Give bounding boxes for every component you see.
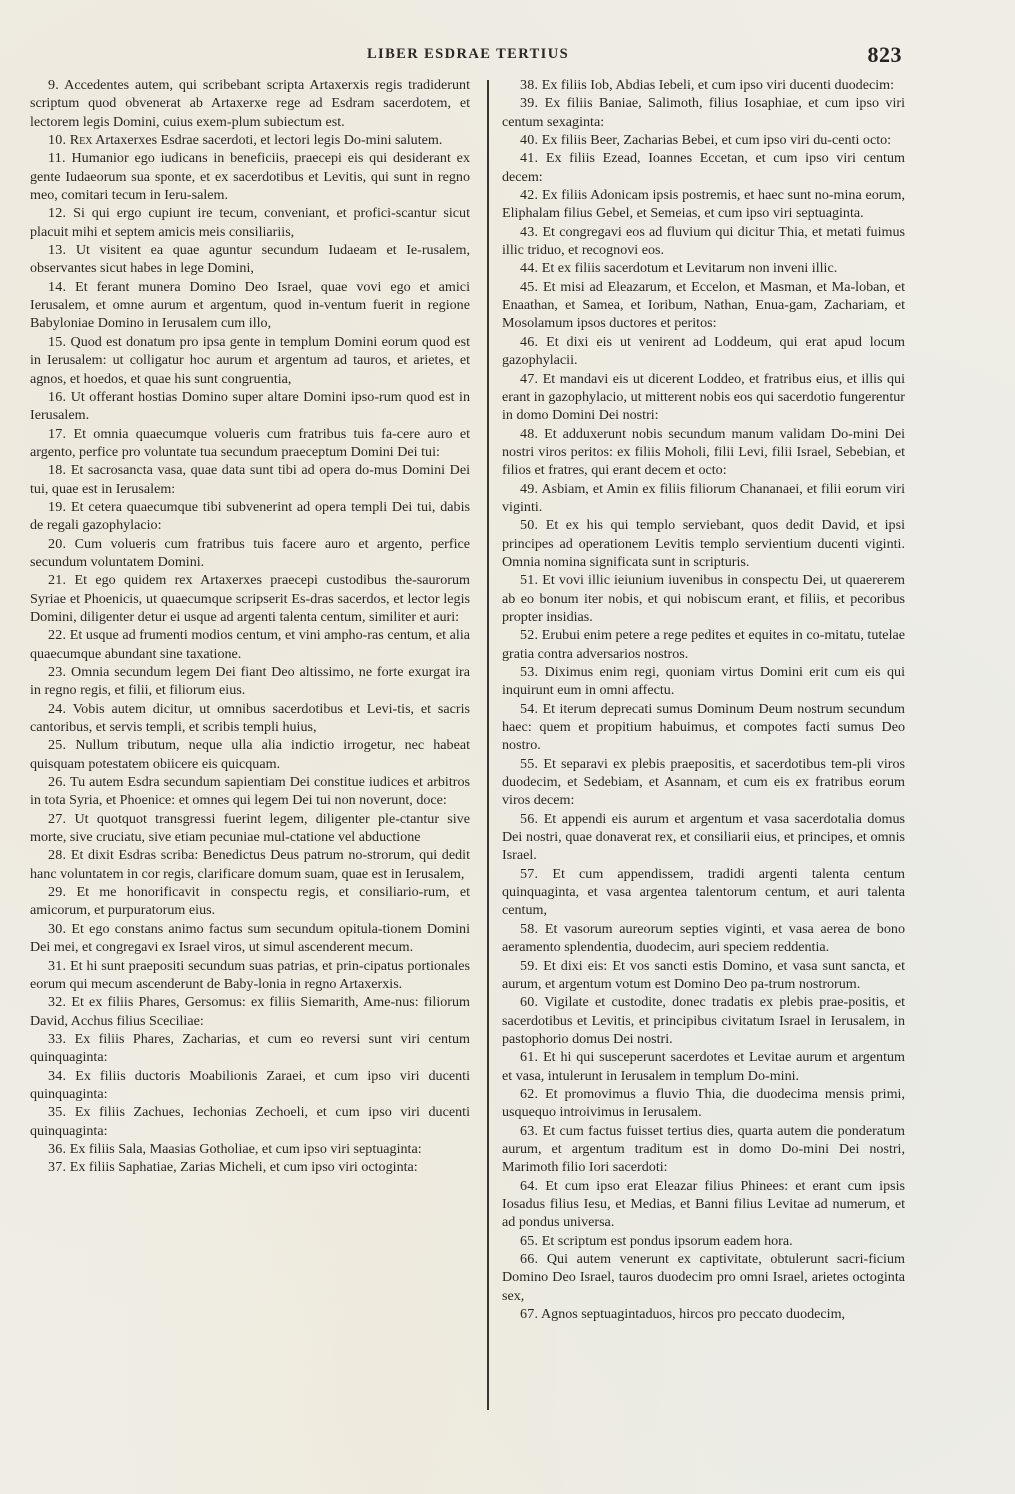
verse-text: Et iterum deprecati sumus Dominum Deum n…: [502, 701, 905, 754]
verse-number: 28.: [48, 847, 66, 863]
verse: 59. Et dixi eis: Et vos sancti estis Dom…: [502, 957, 905, 994]
verse-text: Ut visitent ea quae aguntur secundum Iud…: [30, 242, 470, 276]
verse-text: Et ex filiis sacerdotum et Levitarum non…: [542, 260, 838, 276]
verse-number: 54.: [520, 701, 538, 717]
verse-number: 52.: [520, 627, 538, 643]
verse: 53. Diximus enim regi, quoniam virtus Do…: [502, 663, 905, 700]
verse-text: Et vovi illic ieiunium iuvenibus in cons…: [502, 572, 905, 625]
verse: 26. Tu autem Esdra secundum sapientiam D…: [30, 773, 470, 810]
verse: 56. Et appendi eis aurum et argentum et …: [502, 810, 905, 865]
verse: 47. Et mandavi eis ut dicerent Loddeo, e…: [502, 370, 905, 425]
verse-number: 66.: [520, 1251, 538, 1267]
verse-text: Qui autem venerunt ex captivitate, obtul…: [502, 1251, 905, 1304]
verse: 66. Qui autem venerunt ex captivitate, o…: [502, 1250, 905, 1305]
verse: 33. Ex filiis Phares, Zacharias, et cum …: [30, 1030, 470, 1067]
verse-number: 58.: [520, 921, 538, 937]
verse-number: 22.: [48, 627, 66, 643]
verse-text: Et mandavi eis ut dicerent Loddeo, et fr…: [502, 371, 905, 424]
verse-text: Et dixi eis ut venirent ad Loddeum, qui …: [502, 334, 905, 368]
verse: 63. Et cum factus fuisset tertius dies, …: [502, 1122, 905, 1177]
verse: 64. Et cum ipso erat Eleazar filius Phin…: [502, 1177, 905, 1232]
verse-number: 32.: [48, 994, 66, 1010]
verse: 49. Asbiam, et Amin ex filiis filiorum C…: [502, 480, 905, 517]
verse-number: 33.: [48, 1031, 66, 1047]
verse: 30. Et ego constans animo factus sum sec…: [30, 920, 470, 957]
verse-text: Omnia secundum legem Dei fiant Deo altis…: [30, 664, 470, 698]
verse: 54. Et iterum deprecati sumus Dominum De…: [502, 700, 905, 755]
verse: 37. Ex filiis Saphatiae, Zarias Micheli,…: [30, 1158, 470, 1176]
verse-text: Ex filiis ductoris Moabilionis Zaraei, e…: [30, 1068, 470, 1102]
verse-number: 48.: [520, 426, 538, 442]
verse-number: 67.: [520, 1306, 538, 1322]
verse-text: Et cum appendissem, tradidi argenti tale…: [502, 866, 905, 919]
left-column: 9. Accedentes autem, qui scribebant scri…: [30, 76, 470, 1177]
verse: 62. Et promovimus a fluvio Thia, die duo…: [502, 1085, 905, 1122]
verse-text: Vobis autem dicitur, ut omnibus sacerdot…: [30, 701, 470, 735]
verse-text: Cum volueris cum fratribus tuis facere a…: [30, 536, 470, 570]
verse-text: Ex filiis Sala, Maasias Gotholiae, et cu…: [70, 1141, 422, 1157]
verse-number: 51.: [520, 572, 538, 588]
verse: 11. Humanior ego iudicans in beneficiis,…: [30, 149, 470, 204]
verse-text: Si qui ergo cupiunt ire tecum, convenian…: [30, 205, 470, 239]
verse: 60. Vigilate et custodite, donec tradati…: [502, 993, 905, 1048]
verse: 36. Ex filiis Sala, Maasias Gotholiae, e…: [30, 1140, 470, 1158]
verse-number: 15.: [48, 334, 66, 350]
verse-number: 61.: [520, 1049, 538, 1065]
verse-number: 17.: [48, 426, 66, 442]
verse-number: 60.: [520, 994, 538, 1010]
verse: 38. Ex filiis Iob, Abdias Iebeli, et cum…: [502, 76, 905, 94]
verse: 39. Ex filiis Baniae, Salimoth, filius I…: [502, 94, 905, 131]
running-title: LIBER ESDRAE TERTIUS: [28, 46, 908, 63]
verse-text: Et congregavi eos ad fluvium qui dicitur…: [502, 224, 905, 258]
verse: 35. Ex filiis Zachues, Iechonias Zechoel…: [30, 1103, 470, 1140]
verse-number: 59.: [520, 958, 538, 974]
verse-number: 26.: [48, 774, 66, 790]
verse: 23. Omnia secundum legem Dei fiant Deo a…: [30, 663, 470, 700]
verse-text: Et dixit Esdras scriba: Benedictus Deus …: [30, 847, 470, 881]
verse-number: 49.: [520, 481, 538, 497]
verse-number: 37.: [48, 1159, 66, 1175]
verse-number: 50.: [520, 517, 538, 533]
right-column: 38. Ex filiis Iob, Abdias Iebeli, et cum…: [502, 76, 905, 1323]
verse-number: 62.: [520, 1086, 538, 1102]
verse-text: Artaxerxes Esdrae sacerdoti, et lectori …: [95, 132, 442, 148]
verse: 61. Et hi qui susceperunt sacerdotes et …: [502, 1048, 905, 1085]
verse-text: Quod est donatum pro ipsa gente in templ…: [30, 334, 470, 387]
verse: 46. Et dixi eis ut venirent ad Loddeum, …: [502, 333, 905, 370]
verse-text: Agnos septuagintaduos, hircos pro peccat…: [541, 1306, 845, 1322]
verse-text: Et separavi ex plebis praepositis, et sa…: [502, 756, 905, 809]
verse-text: Diximus enim regi, quoniam virtus Domini…: [502, 664, 905, 698]
verse-text: Et vasorum aureorum septies viginti, et …: [502, 921, 905, 955]
verse: 32. Et ex filiis Phares, Gersomus: ex fi…: [30, 993, 470, 1030]
verse-text: Et ferant munera Domino Deo Israel, quae…: [30, 279, 470, 332]
verse-text: Ex filiis Iob, Abdias Iebeli, et cum ips…: [542, 77, 894, 93]
verse-number: 42.: [520, 187, 538, 203]
verse: 16. Ut offerant hostias Domino super alt…: [30, 388, 470, 425]
verse-text: Ex filiis Zachues, Iechonias Zechoeli, e…: [30, 1104, 470, 1138]
verse: 25. Nullum tributum, neque ulla alia ind…: [30, 736, 470, 773]
verse-number: 39.: [520, 95, 538, 111]
verse-text: Ex filiis Adonicam ipsis postremis, et h…: [502, 187, 905, 221]
verse-text: Vigilate et custodite, donec tradatis ex…: [502, 994, 905, 1047]
verse-number: 53.: [520, 664, 538, 680]
verse-number: 24.: [48, 701, 66, 717]
verse: 55. Et separavi ex plebis praepositis, e…: [502, 755, 905, 810]
verse-number: 30.: [48, 921, 66, 937]
verse-text: Et ego constans animo factus sum secundu…: [30, 921, 470, 955]
verse-text: Ut quotquot transgressi fuerint legem, d…: [30, 811, 470, 845]
running-head: LIBER ESDRAE TERTIUS 823: [28, 44, 908, 68]
verse-text: Accedentes autem, qui scribebant scripta…: [30, 77, 470, 130]
verse-text: Et scriptum est pondus ipsorum eadem hor…: [542, 1233, 793, 1249]
verse-number: 47.: [520, 371, 538, 387]
verse-number: 13.: [48, 242, 66, 258]
verse: 14. Et ferant munera Domino Deo Israel, …: [30, 278, 470, 333]
verse-number: 38.: [520, 77, 538, 93]
verse-number: 23.: [48, 664, 66, 680]
verse-text: Et promovimus a fluvio Thia, die duodeci…: [502, 1086, 905, 1120]
verse-text: Et dixi eis: Et vos sancti estis Domino,…: [502, 958, 905, 992]
verse: 58. Et vasorum aureorum septies viginti,…: [502, 920, 905, 957]
book-page: LIBER ESDRAE TERTIUS 823 9. Accedentes a…: [0, 0, 1015, 1494]
verse: 51. Et vovi illic ieiunium iuvenibus in …: [502, 571, 905, 626]
verse-number: 9.: [48, 77, 59, 93]
verse-number: 63.: [520, 1123, 538, 1139]
verse: 42. Ex filiis Adonicam ipsis postremis, …: [502, 186, 905, 223]
verse-text: Ex filiis Phares, Zacharias, et cum eo r…: [30, 1031, 470, 1065]
verse-number: 11.: [48, 150, 66, 166]
verse-number: 31.: [48, 958, 66, 974]
verse-number: 34.: [48, 1068, 66, 1084]
verse-text: Ex filiis Baniae, Salimoth, filius Iosap…: [502, 95, 905, 129]
verse-number: 19.: [48, 499, 66, 515]
verse-text: Et cum factus fuisset tertius dies, quar…: [502, 1123, 905, 1176]
verse-number: 45.: [520, 279, 538, 295]
verse: 17. Et omnia quaecumque volueris cum fra…: [30, 425, 470, 462]
verse-number: 56.: [520, 811, 538, 827]
verse: 15. Quod est donatum pro ipsa gente in t…: [30, 333, 470, 388]
verse: 9. Accedentes autem, qui scribebant scri…: [30, 76, 470, 131]
verse-number: 35.: [48, 1104, 66, 1120]
verse-number: 41.: [520, 150, 538, 166]
verse-text: Et ex filiis Phares, Gersomus: ex filiis…: [30, 994, 470, 1028]
verse-number: 25.: [48, 737, 66, 753]
verse-number: 16.: [48, 389, 66, 405]
verse-text: Et cetera quaecumque tibi subvenerint ad…: [30, 499, 470, 533]
verse: 48. Et adduxerunt nobis secundum manum v…: [502, 425, 905, 480]
verse-text: Ex filiis Saphatiae, Zarias Micheli, et …: [70, 1159, 418, 1175]
column-divider: [487, 80, 489, 1410]
verse: 52. Erubui enim petere a rege pedites et…: [502, 626, 905, 663]
verse: 28. Et dixit Esdras scriba: Benedictus D…: [30, 846, 470, 883]
verse: 20. Cum volueris cum fratribus tuis face…: [30, 535, 470, 572]
verse: 24. Vobis autem dicitur, ut omnibus sace…: [30, 700, 470, 737]
verse-number: 55.: [520, 756, 538, 772]
verse-number: 10.: [48, 132, 66, 148]
verse-text: Et sacrosancta vasa, quae data sunt tibi…: [30, 462, 470, 496]
verse: 34. Ex filiis ductoris Moabilionis Zarae…: [30, 1067, 470, 1104]
page-number: 823: [868, 42, 903, 68]
verse-text: Et hi qui susceperunt sacerdotes et Levi…: [502, 1049, 905, 1083]
verse-number: 46.: [520, 334, 538, 350]
verse-text: Et omnia quaecumque volueris cum fratrib…: [30, 426, 470, 460]
verse-text: Humanior ego iudicans in beneficiis, pra…: [30, 150, 470, 203]
verse-number: 14.: [48, 279, 66, 295]
verse: 45. Et misi ad Eleazarum, et Eccelon, et…: [502, 278, 905, 333]
verse-number: 29.: [48, 884, 66, 900]
verse: 41. Ex filiis Ezead, Ioannes Eccetan, et…: [502, 149, 905, 186]
verse: 27. Ut quotquot transgressi fuerint lege…: [30, 810, 470, 847]
verse-text: Et ex his qui templo serviebant, quos de…: [502, 517, 905, 570]
verse-text: Et usque ad frumenti modios centum, et v…: [30, 627, 470, 661]
verse: 12. Si qui ergo cupiunt ire tecum, conve…: [30, 204, 470, 241]
verse: 50. Et ex his qui templo serviebant, quo…: [502, 516, 905, 571]
verse-number: 27.: [48, 811, 66, 827]
verse-number: 40.: [520, 132, 538, 148]
verse-number: 44.: [520, 260, 538, 276]
verse-text: Et appendi eis aurum et argentum et vasa…: [502, 811, 905, 864]
verse-text: Ut offerant hostias Domino super altare …: [30, 389, 470, 423]
verse-text: Tu autem Esdra secundum sapientiam Dei c…: [30, 774, 470, 808]
verse: 67. Agnos septuagintaduos, hircos pro pe…: [502, 1305, 905, 1323]
verse-number: 12.: [48, 205, 66, 221]
verse-text: Ex filiis Ezead, Ioannes Eccetan, et cum…: [502, 150, 905, 184]
verse: 44. Et ex filiis sacerdotum et Levitarum…: [502, 259, 905, 277]
verse-text: Et ego quidem rex Artaxerxes praecepi cu…: [30, 572, 470, 625]
verse: 65. Et scriptum est pondus ipsorum eadem…: [502, 1232, 905, 1250]
verse: 21. Et ego quidem rex Artaxerxes praecep…: [30, 571, 470, 626]
verse: 22. Et usque ad frumenti modios centum, …: [30, 626, 470, 663]
verse-lead-word: Rex: [70, 132, 93, 148]
verse-text: Et adduxerunt nobis secundum manum valid…: [502, 426, 905, 479]
verse-text: Erubui enim petere a rege pedites et equ…: [502, 627, 905, 661]
verse-text: Et misi ad Eleazarum, et Eccelon, et Mas…: [502, 279, 905, 332]
verse: 18. Et sacrosancta vasa, quae data sunt …: [30, 461, 470, 498]
verse: 57. Et cum appendissem, tradidi argenti …: [502, 865, 905, 920]
verse: 40. Ex filiis Beer, Zacharias Bebei, et …: [502, 131, 905, 149]
verse: 43. Et congregavi eos ad fluvium qui dic…: [502, 223, 905, 260]
verse-text: Asbiam, et Amin ex filiis filiorum Chana…: [502, 481, 905, 515]
verse-text: Nullum tributum, neque ulla alia indicti…: [30, 737, 470, 771]
verse: 10. Rex Artaxerxes Esdrae sacerdoti, et …: [30, 131, 470, 149]
verse-text: Et cum ipso erat Eleazar filius Phinees:…: [502, 1178, 905, 1231]
verse: 31. Et hi sunt praepositi secundum suas …: [30, 957, 470, 994]
verse-number: 43.: [520, 224, 538, 240]
verse-number: 18.: [48, 462, 66, 478]
verse-number: 36.: [48, 1141, 66, 1157]
verse-number: 57.: [520, 866, 538, 882]
verse: 29. Et me honorificavit in conspectu reg…: [30, 883, 470, 920]
verse-number: 20.: [48, 536, 66, 552]
verse-number: 64.: [520, 1178, 538, 1194]
verse-number: 21.: [48, 572, 66, 588]
verse-text: Ex filiis Beer, Zacharias Bebei, et cum …: [542, 132, 891, 148]
verse: 19. Et cetera quaecumque tibi subvenerin…: [30, 498, 470, 535]
verse-number: 65.: [520, 1233, 538, 1249]
verse-text: Et hi sunt praepositi secundum suas patr…: [30, 958, 470, 992]
verse: 13. Ut visitent ea quae aguntur secundum…: [30, 241, 470, 278]
verse-text: Et me honorificavit in conspectu regis, …: [30, 884, 470, 918]
